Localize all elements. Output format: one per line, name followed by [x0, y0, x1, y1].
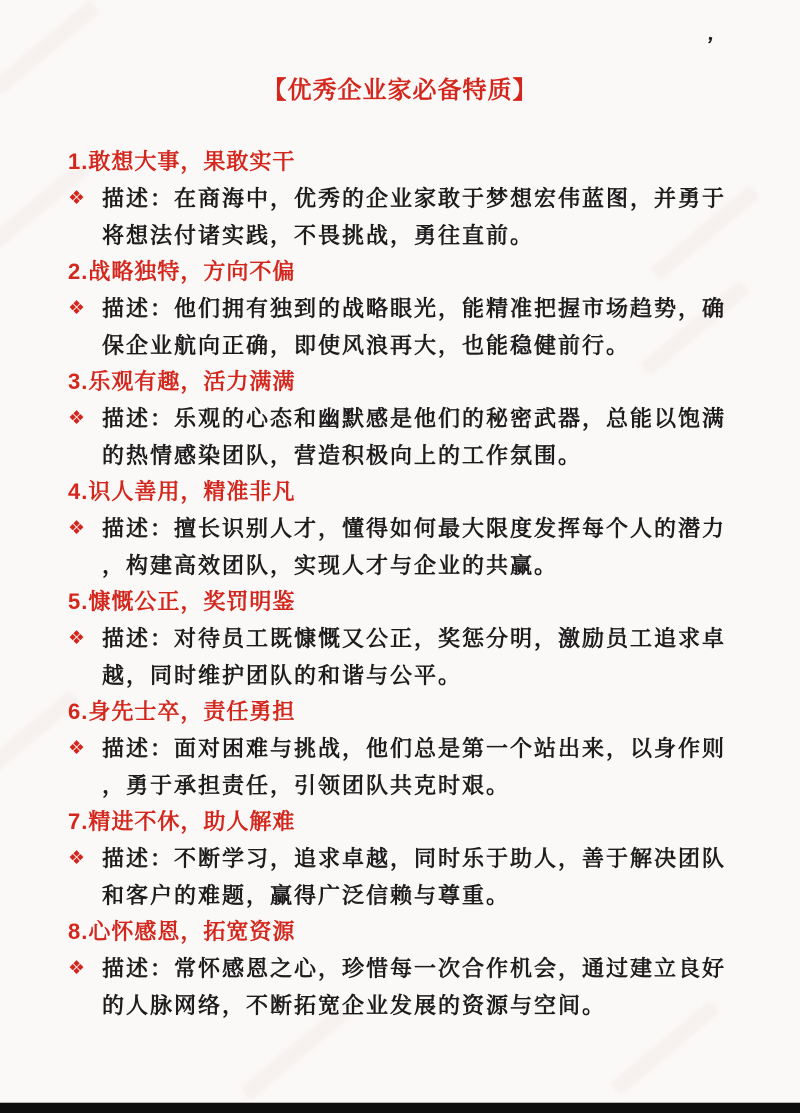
trait-description-text: 描述：不断学习，追求卓越，同时乐于助人，善于解决团队 和客户的难题，赢得广泛信赖… — [102, 840, 744, 914]
trait-section-6: 6.身先士卒，责任勇担 ❖ 描述：面对困难与挑战，他们总是第一个站出来，以身作则… — [68, 698, 744, 804]
trait-description-line: 和客户的难题，赢得广泛信赖与尊重。 — [102, 877, 744, 914]
page-title: 【优秀企业家必备特质】 — [0, 70, 800, 105]
diamond-bullet-icon: ❖ — [68, 730, 102, 767]
trait-section-8: 8.心怀感恩，拓宽资源 ❖ 描述：常怀感恩之心，珍惜每一次合作机会，通过建立良好… — [68, 918, 744, 1024]
trait-heading: 7.精进不休，助人解难 — [68, 808, 744, 836]
trait-description-line: ，勇于承担责任，引领团队共克时艰。 — [102, 767, 744, 804]
trait-heading: 8.心怀感恩，拓宽资源 — [68, 918, 744, 946]
trait-description: ❖ 描述：常怀感恩之心，珍惜每一次合作机会，通过建立良好 的人脉网络，不断拓宽企… — [68, 950, 744, 1024]
trait-description: ❖ 描述：在商海中，优秀的企业家敢于梦想宏伟蓝图，并勇于 将想法付诸实践，不畏挑… — [68, 180, 744, 254]
trait-section-2: 2.战略独特，方向不偏 ❖ 描述：他们拥有独到的战略眼光，能精准把握市场趋势，确… — [68, 258, 744, 364]
trait-section-4: 4.识人善用，精准非凡 ❖ 描述：擅长识别人才，懂得如何最大限度发挥每个人的潜力… — [68, 478, 744, 584]
trait-description-line: 将想法付诸实践，不畏挑战，勇往直前。 — [102, 217, 744, 254]
trait-description-line: 描述：擅长识别人才，懂得如何最大限度发挥每个人的潜力 — [102, 510, 744, 547]
trait-description-text: 描述：在商海中，优秀的企业家敢于梦想宏伟蓝图，并勇于 将想法付诸实践，不畏挑战，… — [102, 180, 744, 254]
trait-description-line: 描述：对待员工既慷慨又公正，奖惩分明，激励员工追求卓 — [102, 620, 744, 657]
trait-description-line: 描述：常怀感恩之心，珍惜每一次合作机会，通过建立良好 — [102, 950, 744, 987]
trait-description-line: 描述：乐观的心态和幽默感是他们的秘密武器，总能以饱满 — [102, 400, 744, 437]
trait-heading: 1.敢想大事，果敢实干 — [68, 148, 744, 176]
trait-description-line: 的热情感染团队，营造积极向上的工作氛围。 — [102, 437, 744, 474]
trait-description-text: 描述：擅长识别人才，懂得如何最大限度发挥每个人的潜力 ，构建高效团队，实现人才与… — [102, 510, 744, 584]
page-background: { "title": "【优秀企业家必备特质】", "bullet_glyph"… — [0, 0, 800, 1113]
traits-list: 1.敢想大事，果敢实干 ❖ 描述：在商海中，优秀的企业家敢于梦想宏伟蓝图，并勇于… — [68, 148, 744, 1028]
trait-description-line: 描述：在商海中，优秀的企业家敢于梦想宏伟蓝图，并勇于 — [102, 180, 744, 217]
trait-description: ❖ 描述：面对困难与挑战，他们总是第一个站出来，以身作则 ，勇于承担责任，引领团… — [68, 730, 744, 804]
trait-description-line: 描述：他们拥有独到的战略眼光，能精准把握市场趋势，确 — [102, 290, 744, 327]
trait-section-7: 7.精进不休，助人解难 ❖ 描述：不断学习，追求卓越，同时乐于助人，善于解决团队… — [68, 808, 744, 914]
trait-description: ❖ 描述：不断学习，追求卓越，同时乐于助人，善于解决团队 和客户的难题，赢得广泛… — [68, 840, 744, 914]
trait-description: ❖ 描述：对待员工既慷慨又公正，奖惩分明，激励员工追求卓 越，同时维护团队的和谐… — [68, 620, 744, 694]
trait-description-text: 描述：乐观的心态和幽默感是他们的秘密武器，总能以饱满 的热情感染团队，营造积极向… — [102, 400, 744, 474]
diamond-bullet-icon: ❖ — [68, 950, 102, 987]
trait-heading: 6.身先士卒，责任勇担 — [68, 698, 744, 726]
diamond-bullet-icon: ❖ — [68, 400, 102, 437]
trait-description: ❖ 描述：他们拥有独到的战略眼光，能精准把握市场趋势，确 保企业航向正确，即使风… — [68, 290, 744, 364]
trait-heading: 2.战略独特，方向不偏 — [68, 258, 744, 286]
trait-description-text: 描述：对待员工既慷慨又公正，奖惩分明，激励员工追求卓 越，同时维护团队的和谐与公… — [102, 620, 744, 694]
trait-description-line: 越，同时维护团队的和谐与公平。 — [102, 657, 744, 694]
trait-section-5: 5.慷慨公正，奖罚明鉴 ❖ 描述：对待员工既慷慨又公正，奖惩分明，激励员工追求卓… — [68, 588, 744, 694]
diamond-bullet-icon: ❖ — [68, 620, 102, 657]
trait-description-line: 描述：面对困难与挑战，他们总是第一个站出来，以身作则 — [102, 730, 744, 767]
trait-description: ❖ 描述：擅长识别人才，懂得如何最大限度发挥每个人的潜力 ，构建高效团队，实现人… — [68, 510, 744, 584]
trait-section-1: 1.敢想大事，果敢实干 ❖ 描述：在商海中，优秀的企业家敢于梦想宏伟蓝图，并勇于… — [68, 148, 744, 254]
diamond-bullet-icon: ❖ — [68, 290, 102, 327]
trait-description-line: 的人脉网络，不断拓宽企业发展的资源与空间。 — [102, 987, 744, 1024]
bottom-black-bar — [0, 1102, 800, 1113]
diamond-bullet-icon: ❖ — [68, 510, 102, 547]
trait-description-line: 描述：不断学习，追求卓越，同时乐于助人，善于解决团队 — [102, 840, 744, 877]
trait-description-text: 描述：常怀感恩之心，珍惜每一次合作机会，通过建立良好 的人脉网络，不断拓宽企业发… — [102, 950, 744, 1024]
trait-description-line: ，构建高效团队，实现人才与企业的共赢。 — [102, 547, 744, 584]
trait-heading: 5.慷慨公正，奖罚明鉴 — [68, 588, 744, 616]
trait-description-line: 保企业航向正确，即使风浪再大，也能稳健前行。 — [102, 327, 744, 364]
trait-section-3: 3.乐观有趣，活力满满 ❖ 描述：乐观的心态和幽默感是他们的秘密武器，总能以饱满… — [68, 368, 744, 474]
diamond-bullet-icon: ❖ — [68, 840, 102, 877]
trait-heading: 3.乐观有趣，活力满满 — [68, 368, 744, 396]
trait-description: ❖ 描述：乐观的心态和幽默感是他们的秘密武器，总能以饱满 的热情感染团队，营造积… — [68, 400, 744, 474]
trait-heading: 4.识人善用，精准非凡 — [68, 478, 744, 506]
diamond-bullet-icon: ❖ — [68, 180, 102, 217]
trait-description-text: 描述：他们拥有独到的战略眼光，能精准把握市场趋势，确 保企业航向正确，即使风浪再… — [102, 290, 744, 364]
trait-description-text: 描述：面对困难与挑战，他们总是第一个站出来，以身作则 ，勇于承担责任，引领团队共… — [102, 730, 744, 804]
stray-ink-mark: ’ — [703, 32, 714, 59]
